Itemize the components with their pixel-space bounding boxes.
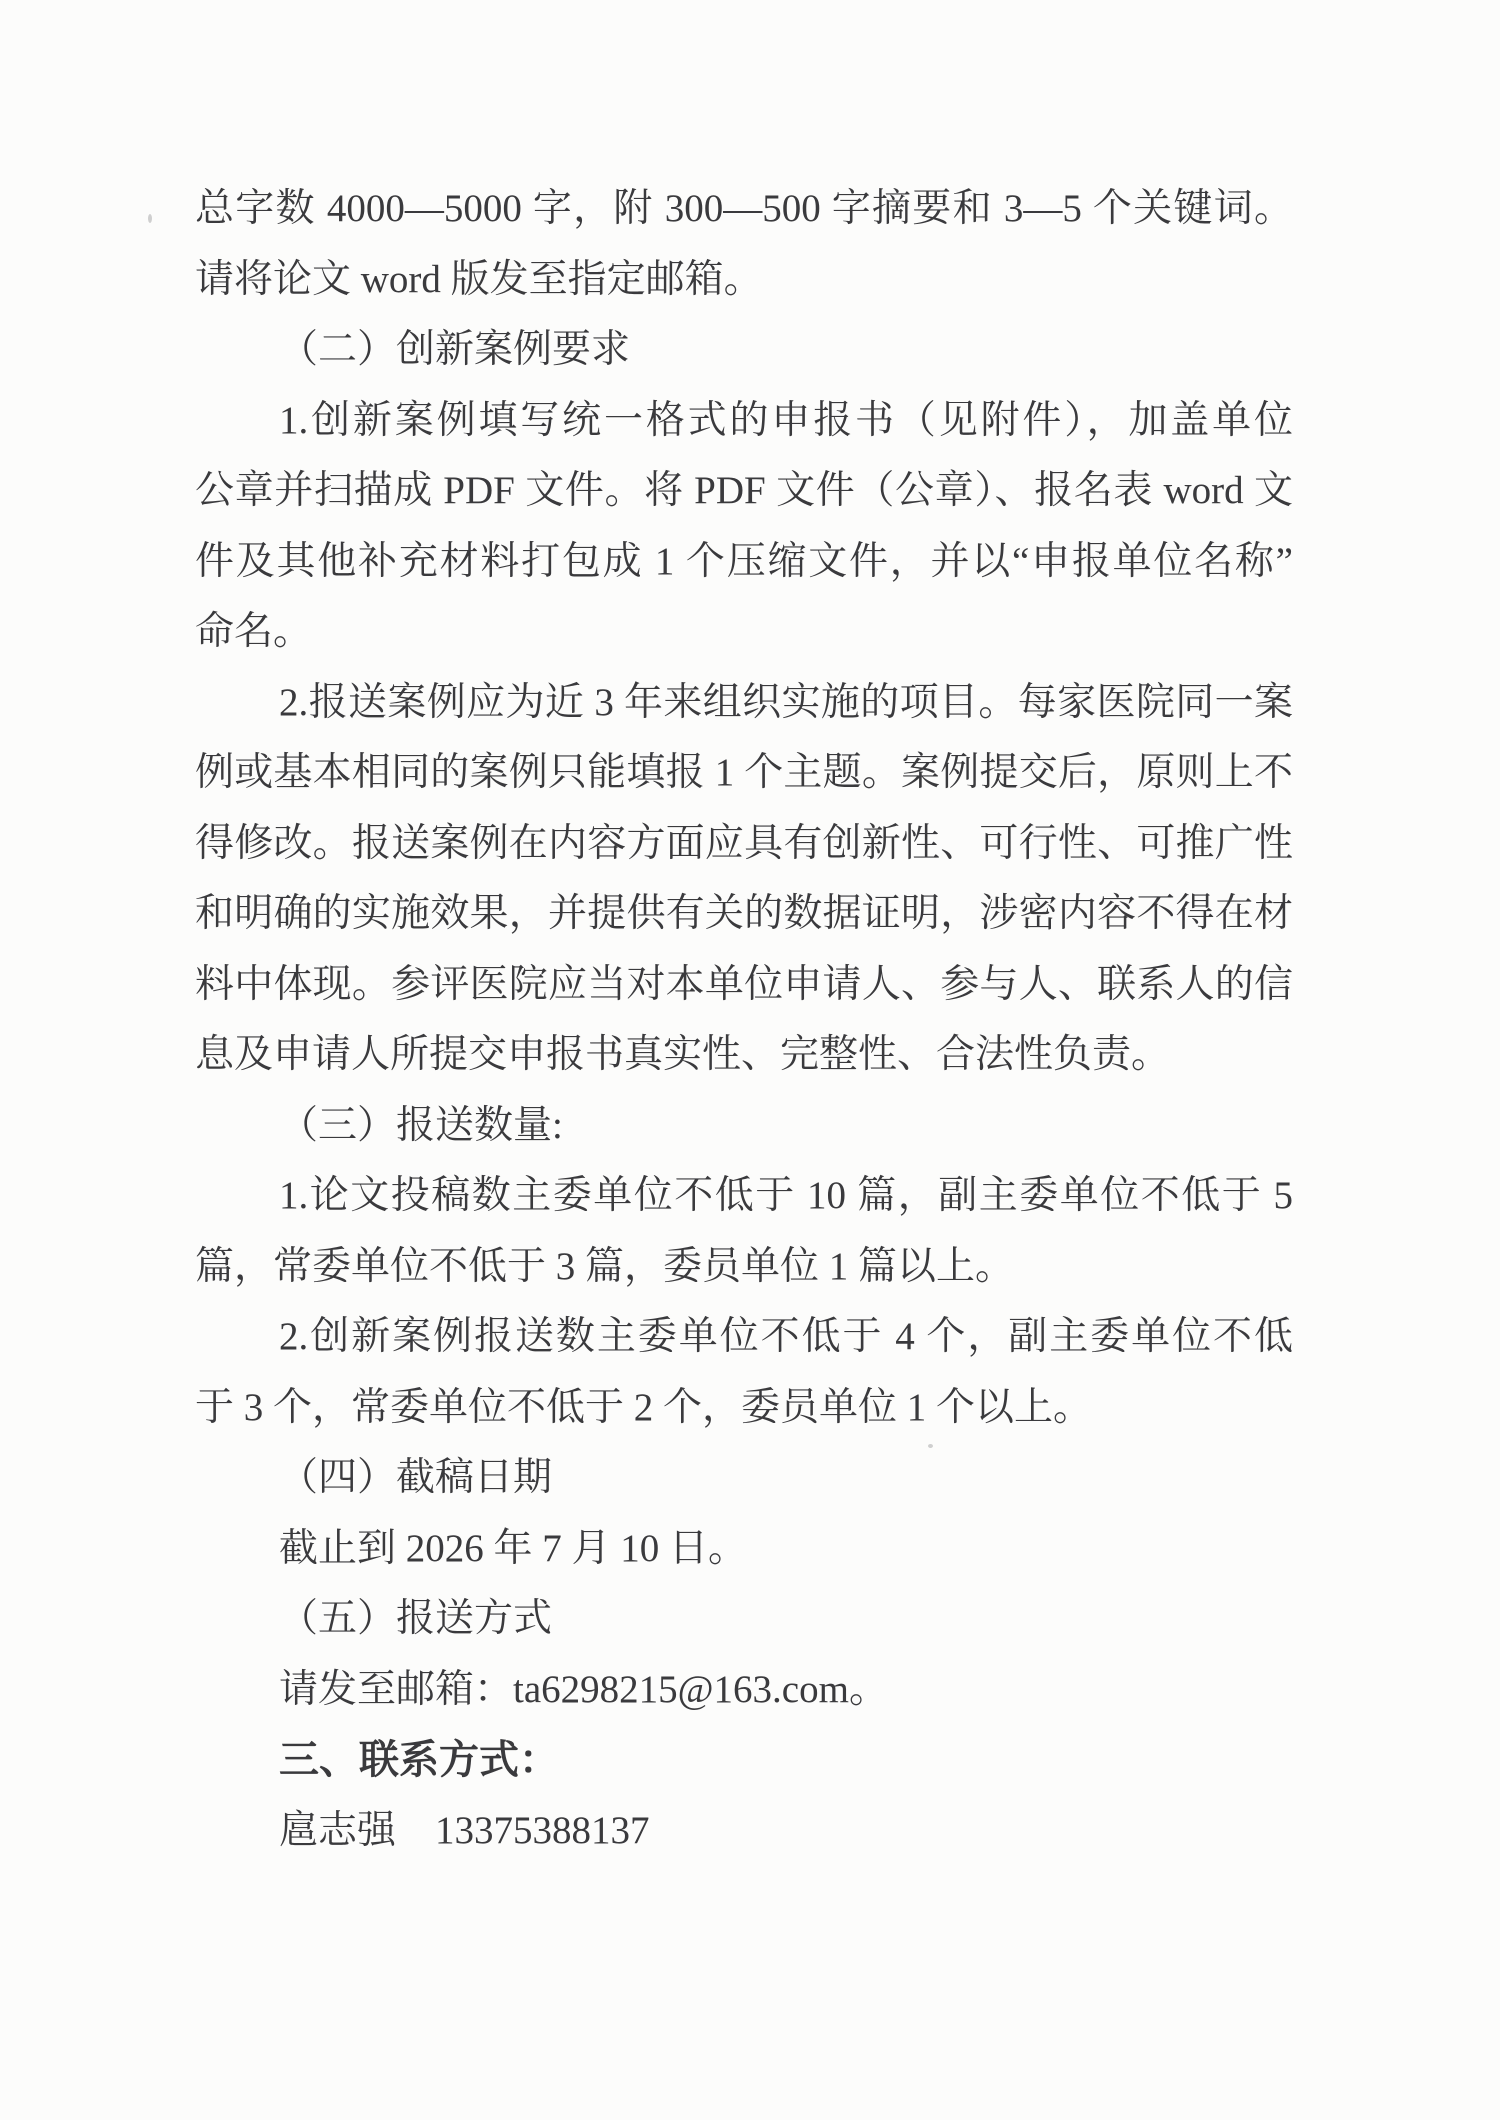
deadline-line: 截止到 2026 年 7 月 10 日。 (195, 1514, 1293, 1585)
contact-info-line: 扈志强 13375388137 (195, 1796, 1293, 1867)
text-block: 总字数 4000—5000 字，附 300—500 字摘要和 3—5 个关键词。… (195, 174, 1293, 1866)
heading-section-5: （五）报送方式 (195, 1584, 1293, 1655)
heading-section-3: （三）报送数量: (195, 1091, 1293, 1162)
paragraph-line: 2.创新案例报送数主委单位不低于 4 个，副主委单位不低 (195, 1302, 1293, 1373)
email-line: 请发至邮箱：ta6298215@163.com。 (195, 1655, 1293, 1726)
paragraph-line: 得修改。报送案例在内容方面应具有创新性、可行性、可推广性 (195, 809, 1293, 880)
paragraph-line: 1.创新案例填写统一格式的申报书（见附件），加盖单位 (195, 386, 1293, 457)
paragraph-line: 篇，常委单位不低于 3 篇，委员单位 1 篇以上。 (195, 1232, 1293, 1303)
paragraph-line: 总字数 4000—5000 字，附 300—500 字摘要和 3—5 个关键词。 (195, 174, 1293, 245)
scan-artifact (148, 214, 152, 223)
paragraph-line: 和明确的实施效果，并提供有关的数据证明，涉密内容不得在材 (195, 879, 1293, 950)
paragraph-line: 料中体现。参评医院应当对本单位申请人、参与人、联系人的信 (195, 950, 1293, 1021)
paragraph-line: 例或基本相同的案例只能填报 1 个主题。案例提交后，原则上不 (195, 738, 1293, 809)
paragraph-line: 件及其他补充材料打包成 1 个压缩文件，并以“申报单位名称” (195, 527, 1293, 598)
heading-section-4: （四）截稿日期 (195, 1443, 1293, 1514)
paragraph-line: 公章并扫描成 PDF 文件。将 PDF 文件（公章）、报名表 word 文 (195, 456, 1293, 527)
paragraph-line: 息及申请人所提交申报书真实性、完整性、合法性负责。 (195, 1020, 1293, 1091)
paragraph-line: 1.论文投稿数主委单位不低于 10 篇，副主委单位不低于 5 (195, 1161, 1293, 1232)
document-page: 总字数 4000—5000 字，附 300—500 字摘要和 3—5 个关键词。… (0, 0, 1500, 2120)
paragraph-line: 于 3 个，常委单位不低于 2 个，委员单位 1 个以上。 (195, 1373, 1293, 1444)
paragraph-line: 命名。 (195, 597, 1293, 668)
paragraph-line: 2.报送案例应为近 3 年来组织实施的项目。每家医院同一案 (195, 668, 1293, 739)
heading-contact: 三、联系方式： (195, 1725, 1293, 1796)
scan-artifact (928, 1444, 933, 1448)
heading-section-2: （二）创新案例要求 (195, 315, 1293, 386)
paragraph-line: 请将论文 word 版发至指定邮箱。 (195, 245, 1293, 316)
